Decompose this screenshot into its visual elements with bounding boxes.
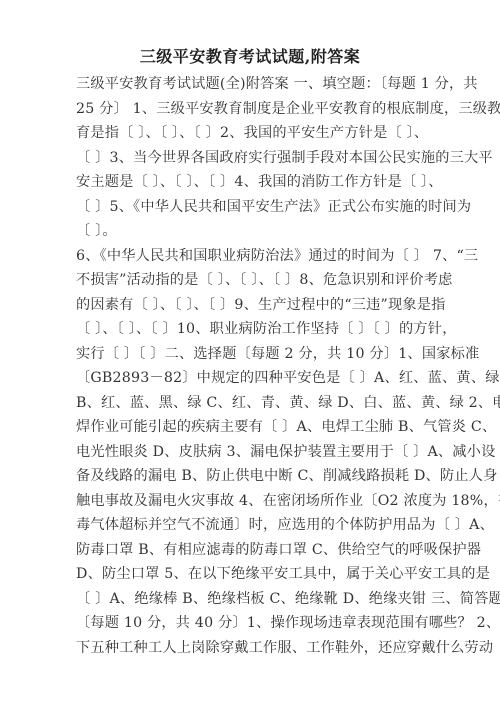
text-line: 备及线路的漏电 B、防止供电中断 C、削减线路损耗 D、防止人身 [76, 464, 424, 489]
text-line: 25 分〕 1、三级平安教育制度是企业平安教育的根底制度，三级教 [76, 97, 424, 122]
text-line: 〔 〕。 [76, 219, 424, 244]
text-line: 电光性眼炎 D、皮肤病 3、漏电保护装置主要用于〔 〕A、减小设 [76, 440, 424, 465]
text-line: 的因素有〔 〕、〔 〕、〔 〕9、生产过程中的“三违”现象是指 [76, 293, 424, 318]
text-line: 毒气体超标并空气不流通〕时，应选用的个体防护用品为〔 〕A、 [76, 513, 424, 538]
text-line: 防毒口罩 B、有相应滤毒的防毒口罩 C、供给空气的呼吸保护器 [76, 538, 424, 563]
text-line: 实行〔 〕〔 〕二、选择题〔每题 2 分，共 10 分〕1、国家标准 [76, 342, 424, 367]
text-line: 〔 〕A、绝缘棒 B、绝缘档板 C、绝缘靴 D、绝缘夹钳 三、简答题 [76, 587, 424, 612]
text-line: 〔 〕、〔 〕、〔 〕10、职业病防治工作坚持〔 〕〔 〕的方针， [76, 317, 424, 342]
text-line: 〔GB2893－82〕中规定的四种平安色是〔 〕A、红、蓝、黄、绿 [76, 366, 424, 391]
text-line: D、防尘口罩 5、在以下绝缘平安工具中，属于关心平安工具的是 [76, 562, 424, 587]
document-body: 三级平安教育考试试题(全)附答案 一、填空题：〔每题 1 分，共 25 分〕 1… [76, 72, 424, 660]
text-line: 下五种工种工人上岗除穿戴工作服、工作鞋外，还应穿戴什么劳动 [76, 636, 424, 661]
text-line: 〔 〕5、《中华人民共和国平安生产法》正式公布实施的时间为 [76, 195, 424, 220]
text-line: 三级平安教育考试试题(全)附答案 一、填空题：〔每题 1 分，共 [76, 72, 424, 97]
document-page: 三级平安教育考试试题,附答案 三级平安教育考试试题(全)附答案 一、填空题：〔每… [0, 0, 500, 707]
text-line: 育是指〔 〕、〔 〕、〔 〕2、我国的平安生产方针是〔 〕、 [76, 121, 424, 146]
text-line: 焊作业可能引起的疾病主要有〔 〕A、电焊工尘肺 B、气管炎 C、 [76, 415, 424, 440]
text-line: 〔 〕3、当今世界各国政府实行强制手段对本国公民实施的三大平 [76, 146, 424, 171]
document-title: 三级平安教育考试试题,附答案 [0, 44, 500, 67]
text-line: 6、《中华人民共和国职业病防治法》通过的时间为〔 〕 7、“三 [76, 244, 424, 269]
text-line: 〔每题 10 分，共 40 分〕1、操作现场违章表现范围有哪些？ 2、以 [76, 611, 424, 636]
text-line: 不损害”活动指的是〔 〕、〔 〕、〔 〕8、危急识别和评价考虑 [76, 268, 424, 293]
text-line: 触电事故及漏电火灾事故 4、在密闭场所作业〔O2 浓度为 18%，有 [76, 489, 424, 514]
text-line: 安主题是〔 〕、〔 〕、〔 〕4、我国的消防工作方针是〔 〕、 [76, 170, 424, 195]
text-line: B、红、蓝、黑、绿 C、红、青、黄、绿 D、白、蓝、黄、绿 2、电 [76, 391, 424, 416]
